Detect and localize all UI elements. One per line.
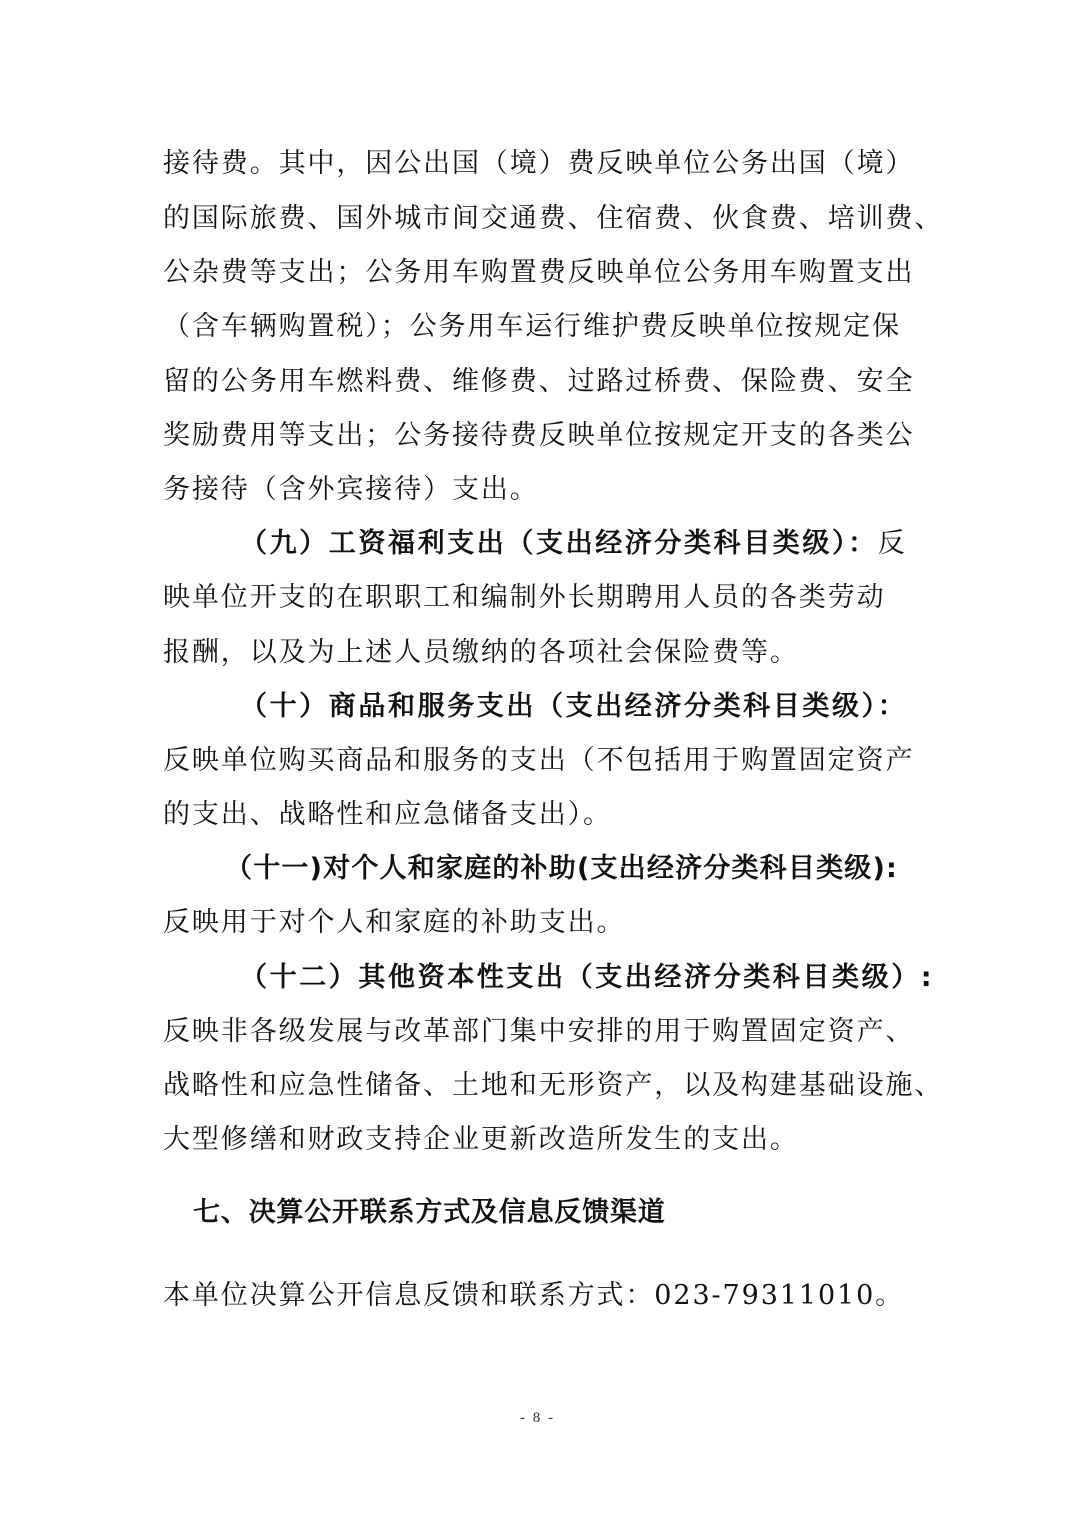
body-line: 大型修缮和财政支持企业更新改造所发生的支出。 (163, 1124, 915, 1156)
body-line: 反映用于对个人和家庭的补助支出。 (163, 907, 915, 939)
body-line: 奖励费用等支出；公务接待费反映单位按规定开支的各类公 (163, 420, 915, 452)
body-line: 反映非各级发展与改革部门集中安排的用于购置固定资产、 (163, 1016, 915, 1048)
body-line: 反映单位购买商品和服务的支出（不包括用于购置固定资产 (163, 745, 915, 777)
body-line: （含车辆购置税）；公务用车运行维护费反映单位按规定保 (163, 311, 915, 343)
body-line: 战略性和应急性储备、土地和无形资产，以及构建基础设施、 (163, 1070, 915, 1102)
body-line: 务接待（含外宾接待）支出。 (163, 474, 915, 506)
contact-line: 本单位决算公开信息反馈和联系方式：023-79311010。 (163, 1280, 915, 1312)
document-page: 接待费。其中，因公出国（境）费反映单位公务出国（境） 的国际旅费、国外城市间交通… (0, 0, 1075, 1520)
item-9-text-start: 反 (878, 528, 907, 559)
item-10-title: （十）商品和服务支出（支出经济分类科目类级）： (240, 691, 920, 723)
page-number: - 8 - (0, 1410, 1075, 1427)
body-line: 的国际旅费、国外城市间交通费、住宿费、伙食费、培训费、 (163, 203, 915, 235)
body-line: 接待费。其中，因公出国（境）费反映单位公务出国（境） (163, 148, 915, 180)
body-line: 报酬，以及为上述人员缴纳的各项社会保险费等。 (163, 637, 915, 669)
item-12-title: （十二）其他资本性支出（支出经济分类科目类级）: (240, 962, 920, 994)
item-9-title: （九）工资福利支出（支出经济分类科目类级）： (240, 528, 878, 559)
section-heading: 七、决算公开联系方式及信息反馈渠道 (193, 1197, 945, 1229)
item-11-title: （十一)对个人和家庭的补助(支出经济分类科目类级): (225, 853, 915, 885)
body-line: 留的公务用车燃料费、维修费、过路过桥费、保险费、安全 (163, 366, 915, 398)
item-9-heading-line: （九）工资福利支出（支出经济分类科目类级）：反 (240, 528, 920, 560)
body-line: 公杂费等支出；公务用车购置费反映单位公务用车购置支出 (163, 257, 915, 289)
body-line: 映单位开支的在职职工和编制外长期聘用人员的各类劳动 (163, 582, 915, 614)
body-line: 的支出、战略性和应急储备支出）。 (163, 799, 915, 831)
